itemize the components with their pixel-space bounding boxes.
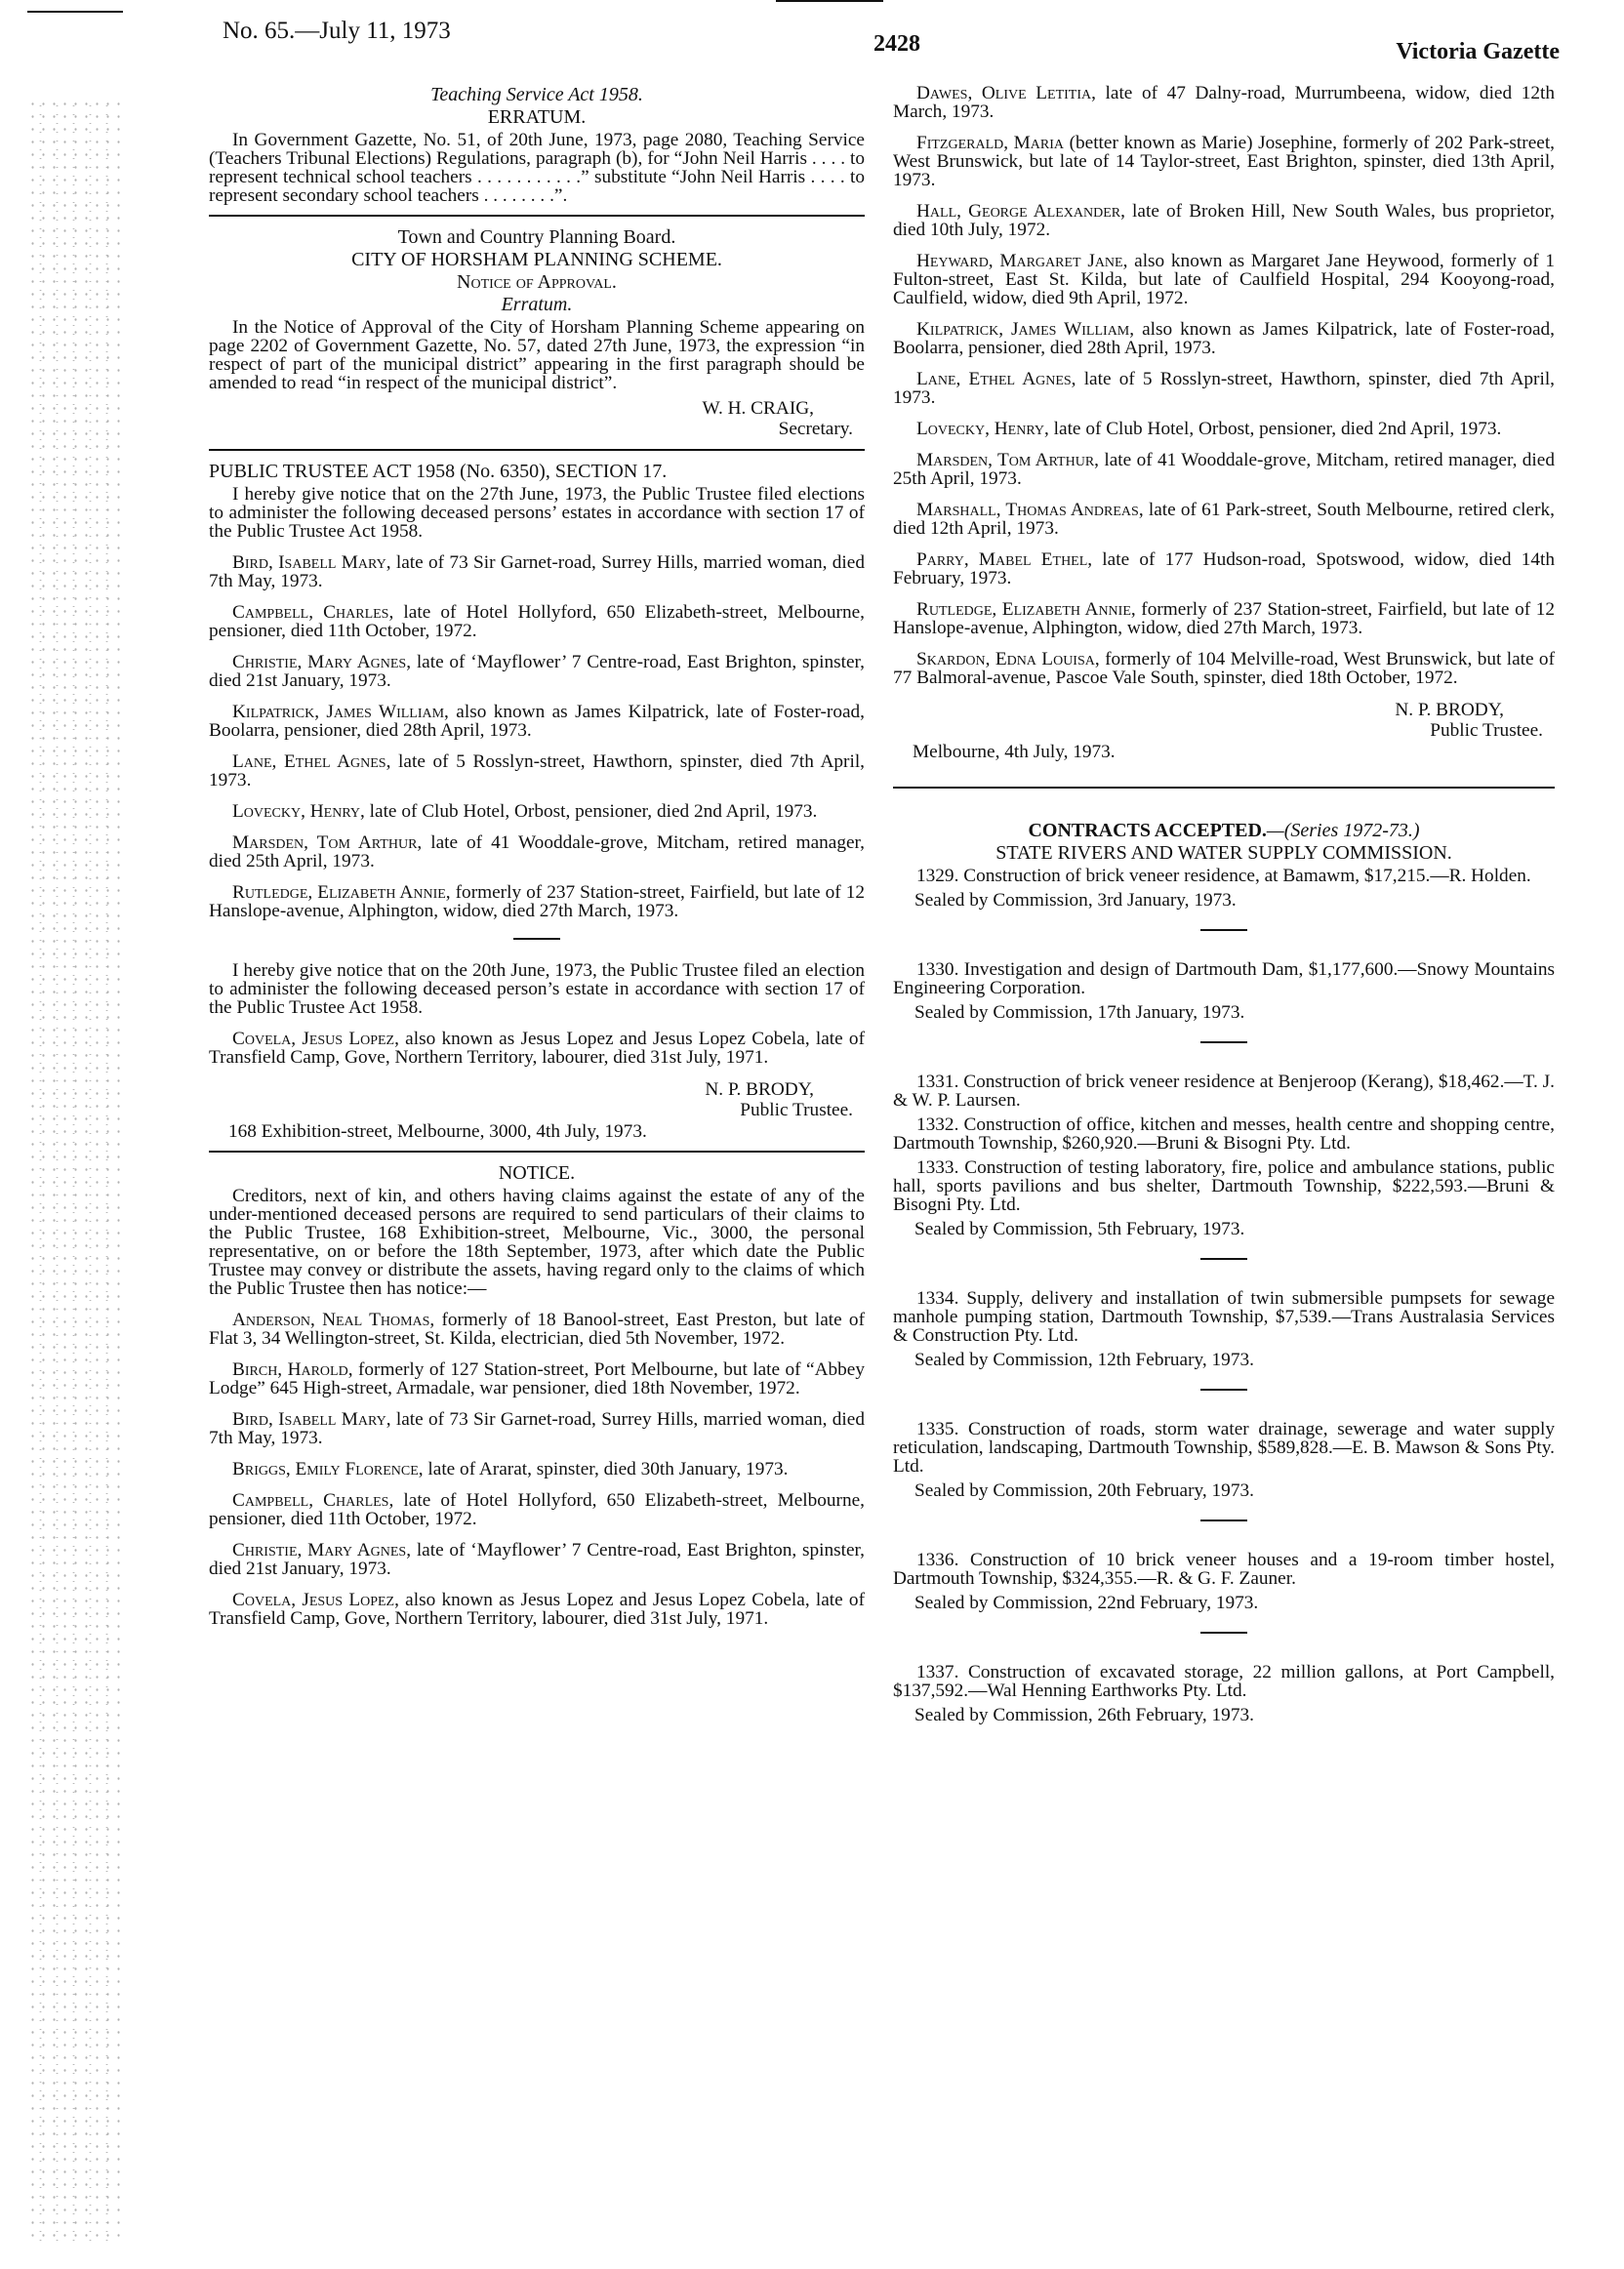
contract-list: 1329. Construction of brick veneer resid… — [893, 867, 1555, 1724]
signatory-title: Public Trustee. — [209, 1100, 853, 1120]
signature-block: N. P. BRODY, Public Trustee. — [209, 1079, 865, 1120]
signatory: N. P. BRODY, — [209, 1079, 814, 1100]
scheme-title: CITY OF HORSHAM PLANNING SCHEME. — [209, 251, 865, 269]
deceased-name: Marsden, Tom Arthur, — [232, 832, 422, 853]
deceased-name: Lovecky, Henry, — [916, 419, 1049, 439]
deceased-name: Fitzgerald, Maria — [916, 133, 1064, 153]
short-divider — [1200, 1389, 1247, 1391]
deceased-name: Campbell, Charles, — [232, 1490, 393, 1511]
estate-entry: Bird, Isabell Mary, late of 73 Sir Garne… — [209, 553, 865, 590]
estate-entry: Dawes, Olive Letitia, late of 47 Dalny-r… — [893, 84, 1555, 121]
deceased-list-continued: Dawes, Olive Letitia, late of 47 Dalny-r… — [893, 84, 1555, 687]
creditors-notice-continued: Dawes, Olive Letitia, late of 47 Dalny-r… — [893, 84, 1555, 761]
deceased-name: Rutledge, Elizabeth Annie, — [916, 599, 1136, 620]
contracts-title: CONTRACTS ACCEPTED. — [1028, 820, 1266, 841]
deceased-list: Anderson, Neal Thomas, formerly of 18 Ba… — [209, 1311, 865, 1628]
estate-entry: Kilpatrick, James William, also known as… — [209, 703, 865, 740]
signatory-title: Public Trustee. — [893, 720, 1543, 741]
page-header: No. 65.—July 11, 1973 2428 Victoria Gaze… — [0, 18, 1624, 66]
entry-details: late of Club Hotel, Orbost, pensioner, d… — [365, 801, 818, 822]
act-title: Teaching Service Act 1958. — [209, 86, 865, 104]
contract-item: 1335. Construction of roads, storm water… — [893, 1420, 1555, 1476]
left-column: Teaching Service Act 1958. ERRATUM. In G… — [209, 84, 865, 1641]
short-divider — [1200, 1041, 1247, 1043]
deceased-name: Lovecky, Henry, — [232, 801, 365, 822]
estate-entry: Skardon, Edna Louisa, formerly of 104 Me… — [893, 650, 1555, 687]
erratum-label: Erratum. — [209, 296, 865, 314]
issue-date: No. 65.—July 11, 1973 — [223, 18, 451, 45]
notice-intro: Creditors, next of kin, and others havin… — [209, 1187, 865, 1298]
deceased-name: Hall, George Alexander, — [916, 201, 1125, 222]
deceased-name: Marsden, Tom Arthur, — [916, 450, 1099, 470]
signatory-title: Secretary. — [209, 419, 853, 439]
sealed-date: Sealed by Commission, 5th February, 1973… — [893, 1220, 1555, 1238]
estate-list-2: Covela, Jesus Lopez, also known as Jesus… — [209, 1030, 865, 1067]
entry-details: late of Ararat, spinster, died 30th Janu… — [424, 1459, 789, 1479]
estate-entry: Kilpatrick, James William, also known as… — [893, 320, 1555, 357]
deceased-name: Heyward, Margaret Jane, — [916, 251, 1127, 271]
estate-entry: Birch, Harold, formerly of 127 Station-s… — [209, 1360, 865, 1398]
teaching-service-erratum: Teaching Service Act 1958. ERRATUM. In G… — [209, 86, 865, 205]
estate-entry: Marsden, Tom Arthur, late of 41 Wooddale… — [209, 833, 865, 871]
board-name: Town and Country Planning Board. — [209, 228, 865, 247]
short-divider — [513, 938, 560, 940]
estate-entry: Campbell, Charles, late of Hotel Hollyfo… — [209, 603, 865, 640]
commission-name: STATE RIVERS AND WATER SUPPLY COMMISSION… — [893, 844, 1555, 863]
deceased-name: Christie, Mary Agnes, — [232, 1540, 411, 1560]
sealed-date: Sealed by Commission, 22nd February, 197… — [893, 1594, 1555, 1612]
short-divider — [1200, 1632, 1247, 1634]
horsham-planning-notice: Town and Country Planning Board. CITY OF… — [209, 228, 865, 439]
margin-rule — [27, 11, 123, 13]
estate-entry: Christie, Mary Agnes, late of ‘Mayflower… — [209, 653, 865, 690]
deceased-name: Rutledge, Elizabeth Annie, — [232, 882, 451, 903]
contract-item: 1334. Supply, delivery and installation … — [893, 1289, 1555, 1345]
contracts-series: —(Series 1972-73.) — [1267, 820, 1420, 841]
estate-entry: Campbell, Charles, late of Hotel Hollyfo… — [209, 1491, 865, 1528]
deceased-name: Kilpatrick, James William, — [916, 319, 1134, 340]
deceased-name: Bird, Isabell Mary, — [232, 1409, 391, 1430]
deceased-name: Covela, Jesus Lopez, — [232, 1590, 399, 1610]
deceased-name: Kilpatrick, James William, — [232, 702, 449, 722]
notice-of-approval: Notice of Approval. — [209, 273, 865, 292]
deceased-name: Campbell, Charles, — [232, 602, 393, 623]
estate-entry: Hall, George Alexander, late of Broken H… — [893, 202, 1555, 239]
contract-item: 1331. Construction of brick veneer resid… — [893, 1073, 1555, 1110]
top-rule — [776, 0, 883, 2]
signatory: N. P. BRODY, — [893, 700, 1504, 720]
place-date: Melbourne, 4th July, 1973. — [893, 743, 1555, 761]
estate-entry: Lane, Ethel Agnes, late of 5 Rosslyn-str… — [209, 752, 865, 790]
notice-heading: NOTICE. — [209, 1164, 865, 1183]
section-heading: PUBLIC TRUSTEE ACT 1958 (No. 6350), SECT… — [209, 463, 865, 481]
estate-entry: Fitzgerald, Maria (better known as Marie… — [893, 134, 1555, 189]
publication-title: Victoria Gazette — [1396, 39, 1560, 65]
scan-margin-noise — [27, 98, 120, 2245]
deceased-name: Christie, Mary Agnes, — [232, 652, 411, 672]
short-divider — [1200, 1519, 1247, 1521]
estate-entry: Parry, Mabel Ethel, late of 177 Hudson-r… — [893, 550, 1555, 588]
estate-entry: Lane, Ethel Agnes, late of 5 Rosslyn-str… — [893, 370, 1555, 407]
estate-entry: Covela, Jesus Lopez, also known as Jesus… — [209, 1591, 865, 1628]
entry-details: late of Club Hotel, Orbost, pensioner, d… — [1049, 419, 1502, 439]
short-divider — [1200, 1258, 1247, 1260]
right-column: Dawes, Olive Letitia, late of 47 Dalny-r… — [893, 84, 1555, 1724]
estate-entry: Bird, Isabell Mary, late of 73 Sir Garne… — [209, 1410, 865, 1447]
deceased-name: Briggs, Emily Florence, — [232, 1459, 424, 1479]
horsham-body: In the Notice of Approval of the City of… — [209, 318, 865, 392]
estate-entry: Heyward, Margaret Jane, also known as Ma… — [893, 252, 1555, 307]
contract-item: 1332. Construction of office, kitchen an… — [893, 1115, 1555, 1153]
estate-entry: Marsden, Tom Arthur, late of 41 Wooddale… — [893, 451, 1555, 488]
signature-block: N. P. BRODY, Public Trustee. — [893, 700, 1555, 741]
short-divider — [1200, 929, 1247, 931]
contract-item: 1336. Construction of 10 brick veneer ho… — [893, 1551, 1555, 1588]
deceased-name: Anderson, Neal Thomas, — [232, 1310, 434, 1330]
contract-item: 1329. Construction of brick veneer resid… — [893, 867, 1555, 885]
estate-entry: Rutledge, Elizabeth Annie, formerly of 2… — [893, 600, 1555, 637]
deceased-name: Lane, Ethel Agnes, — [232, 751, 390, 772]
sealed-date: Sealed by Commission, 12th February, 197… — [893, 1351, 1555, 1369]
deceased-name: Skardon, Edna Louisa, — [916, 649, 1100, 669]
sealed-date: Sealed by Commission, 3rd January, 1973. — [893, 891, 1555, 910]
sealed-date: Sealed by Commission, 17th January, 1973… — [893, 1003, 1555, 1022]
signature-block: W. H. CRAIG, Secretary. — [209, 398, 865, 439]
creditors-notice: NOTICE. Creditors, next of kin, and othe… — [209, 1164, 865, 1628]
deceased-name: Marshall, Thomas Andreas, — [916, 500, 1144, 520]
contracts-accepted: CONTRACTS ACCEPTED.—(Series 1972-73.) ST… — [893, 822, 1555, 1724]
section-divider — [209, 449, 865, 451]
estate-entry: Covela, Jesus Lopez, also known as Jesus… — [209, 1030, 865, 1067]
contract-item: 1330. Investigation and design of Dartmo… — [893, 960, 1555, 997]
deceased-name: Covela, Jesus Lopez, — [232, 1029, 399, 1049]
estate-entry: Lovecky, Henry, late of Club Hotel, Orbo… — [893, 420, 1555, 438]
sealed-date: Sealed by Commission, 26th February, 197… — [893, 1706, 1555, 1724]
notice-intro: I hereby give notice that on the 27th Ju… — [209, 485, 865, 541]
address-date: 168 Exhibition-street, Melbourne, 3000, … — [209, 1122, 865, 1141]
estate-entry: Christie, Mary Agnes, late of ‘Mayflower… — [209, 1541, 865, 1578]
public-trustee-section-17: PUBLIC TRUSTEE ACT 1958 (No. 6350), SECT… — [209, 463, 865, 1141]
estate-entry: Rutledge, Elizabeth Annie, formerly of 2… — [209, 883, 865, 920]
deceased-name: Dawes, Olive Letitia, — [916, 83, 1096, 103]
deceased-name: Bird, Isabell Mary, — [232, 552, 391, 573]
contract-item: 1333. Construction of testing laboratory… — [893, 1158, 1555, 1214]
section-divider — [209, 215, 865, 217]
section-divider — [209, 1151, 865, 1153]
erratum-heading: ERRATUM. — [209, 108, 865, 127]
estate-entry: Marshall, Thomas Andreas, late of 61 Par… — [893, 501, 1555, 538]
estate-entry: Lovecky, Henry, late of Club Hotel, Orbo… — [209, 802, 865, 821]
deceased-name: Lane, Ethel Agnes, — [916, 369, 1076, 389]
estate-entry: Anderson, Neal Thomas, formerly of 18 Ba… — [209, 1311, 865, 1348]
second-notice-intro: I hereby give notice that on the 20th Ju… — [209, 961, 865, 1017]
page-number: 2428 — [873, 31, 920, 58]
contract-item: 1337. Construction of excavated storage,… — [893, 1663, 1555, 1700]
contracts-heading: CONTRACTS ACCEPTED.—(Series 1972-73.) — [893, 822, 1555, 840]
estate-list: Bird, Isabell Mary, late of 73 Sir Garne… — [209, 553, 865, 920]
section-divider — [893, 787, 1555, 789]
erratum-body: In Government Gazette, No. 51, of 20th J… — [209, 131, 865, 205]
estate-entry: Briggs, Emily Florence, late of Ararat, … — [209, 1460, 865, 1479]
sealed-date: Sealed by Commission, 20th February, 197… — [893, 1481, 1555, 1500]
deceased-name: Parry, Mabel Ethel, — [916, 549, 1092, 570]
signatory: W. H. CRAIG, — [209, 398, 814, 419]
deceased-name: Birch, Harold, — [232, 1359, 353, 1380]
